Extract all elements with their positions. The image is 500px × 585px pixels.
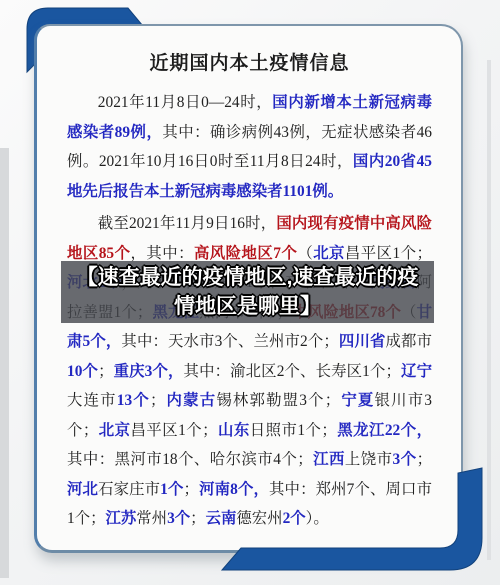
- photo-edge-strip-right: [487, 60, 491, 560]
- watermark-caption-band: 【速查最近的疫情地区,速查最近的疫情地区是哪里】: [61, 261, 434, 323]
- watermark-caption-text: 【速查最近的疫情地区,速查最近的疫情地区是哪里】: [69, 263, 426, 321]
- page-title: 近期国内本土疫情信息: [67, 50, 432, 78]
- paragraph-risk-areas: 截至2021年11月9日16时，国内现有疫情中高风险地区85个，其中：高风险地区…: [67, 209, 432, 534]
- photo-edge-strip-left: [0, 148, 9, 578]
- paragraph-new-cases: 2021年11月8日0—24时，国内新增本土新冠病毒感染者89例，其中：确诊病例…: [67, 88, 432, 206]
